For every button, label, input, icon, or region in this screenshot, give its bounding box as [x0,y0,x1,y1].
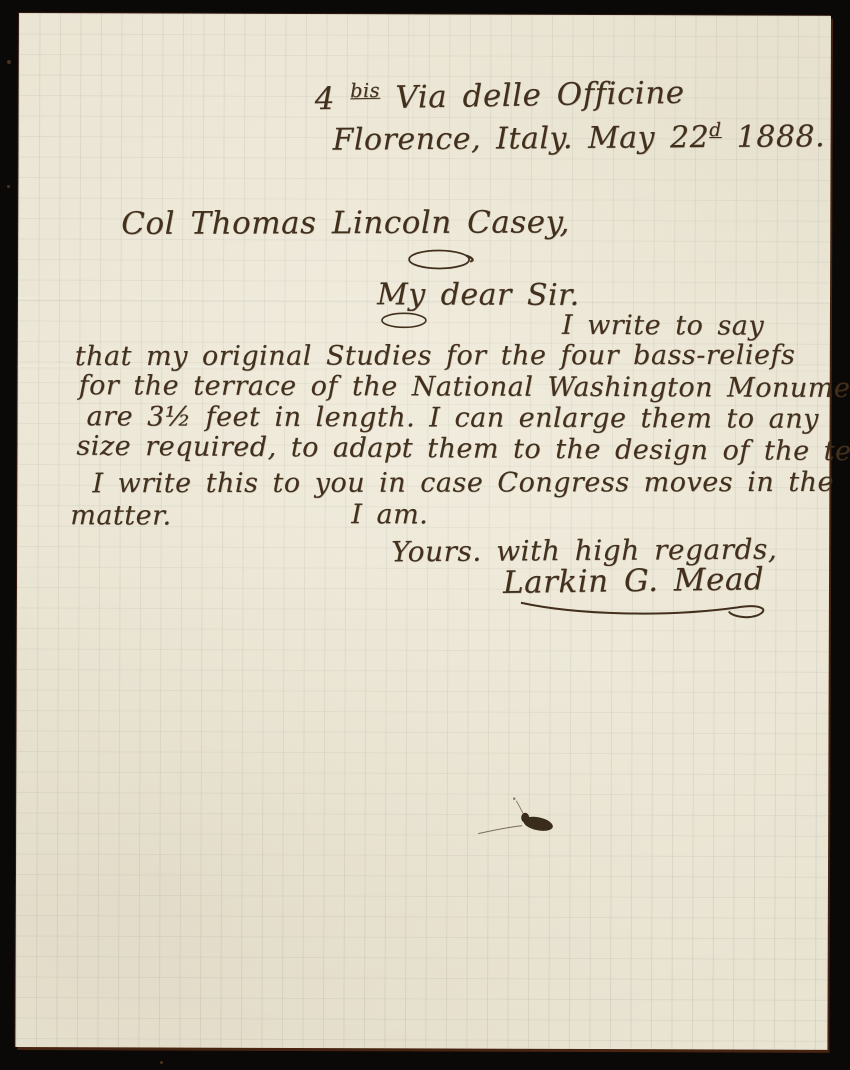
date-superscript: d [709,120,722,141]
scan-speck [160,1061,163,1064]
heading-address-line: 4 bis Via delle Officine [314,73,685,117]
address-number: 4 [314,81,350,118]
date-year: 1888. [722,119,826,155]
paper-crease [188,14,192,364]
address-superscript: bis [350,79,380,103]
body-line-1: that my original Studies for the four ba… [75,340,796,372]
heading-date-line: Florence, Italy. May 22d 1888. [332,119,825,157]
salutation-line: My dear Sir. [377,277,580,313]
salutation-flourish [380,310,430,330]
recipient-line: Col Thomas Lincoln Casey, [121,204,570,242]
body-line-4: size required, to adapt them to the desi… [76,431,850,468]
place-date: Florence, Italy. May 22 [332,120,709,158]
body-line-6-matter: matter. [70,500,172,531]
body-line-3: are 3½ feet in length. I can enlarge the… [87,401,819,435]
body-opening-line: I write to say [562,310,764,342]
letter-paper: 4 bis Via delle Officine Florence, Italy… [15,13,831,1050]
body-line-5: I write this to you in case Congress mov… [92,467,834,499]
scan-speck [7,185,10,188]
recipient-flourish [406,246,476,272]
body-line-2: for the terrace of the National Washingt… [79,370,850,404]
address-street: Via delle Officine [380,75,685,116]
scan-speck [7,60,11,64]
scanned-letter: 4 bis Via delle Officine Florence, Italy… [0,0,850,1070]
body-line-6-i-am: I am. [351,499,428,530]
ink-blot [456,790,616,861]
signature-flourish [517,591,777,626]
